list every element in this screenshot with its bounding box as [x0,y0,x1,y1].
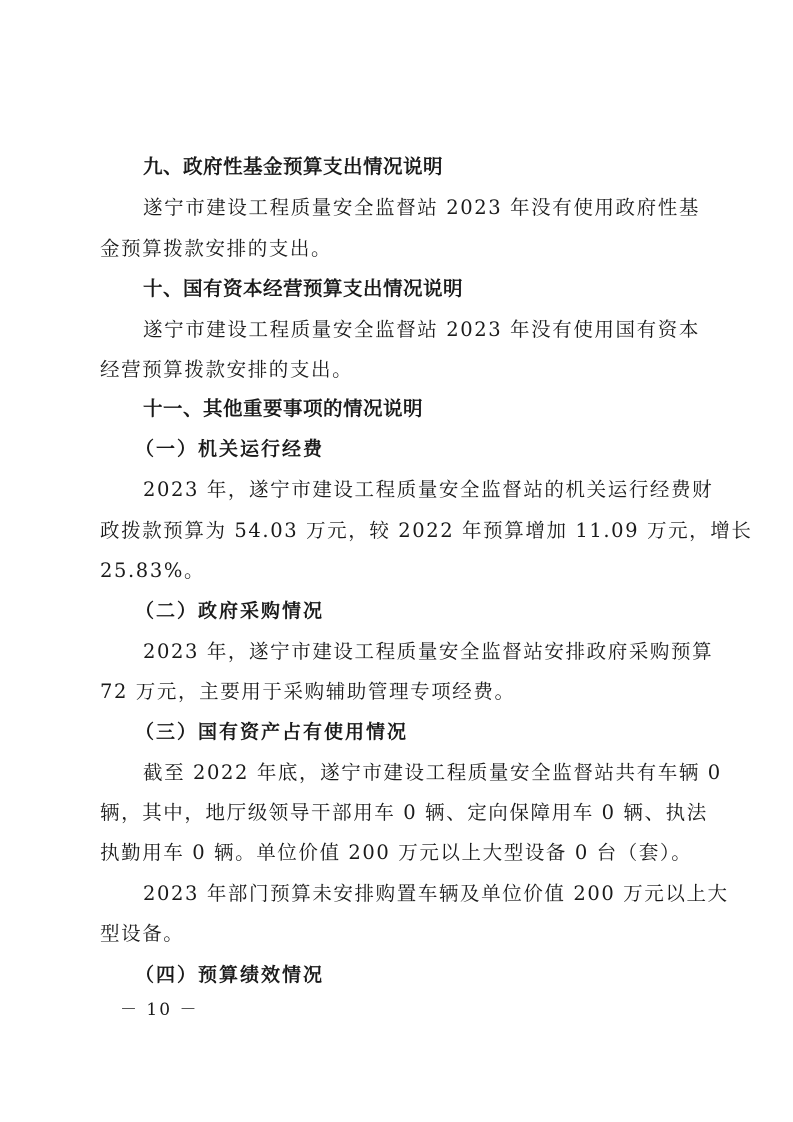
paragraph-line: 2023 年，遂宁市建设工程质量安全监督站安排政府采购预算 [143,639,713,665]
subsection-heading-4: （四）预算绩效情况 [135,962,324,988]
paragraph-line: 经营预算拨款安排的支出。 [100,357,353,383]
paragraph-line: 政拨款预算为 54.03 万元，较 2022 年预算增加 11.09 万元，增长 [100,518,752,544]
page-number: － 10 － [120,995,198,1020]
paragraph-line: 执勤用车 0 辆。单位价值 200 万元以上大型设备 0 台（套）。 [100,840,692,866]
subsection-heading-3: （三）国有资产占有使用情况 [135,719,408,745]
paragraph-line: 辆，其中，地厅级领导干部用车 0 辆、定向保障用车 0 辆、执法 [100,800,708,826]
section-heading-9: 九、政府性基金预算支出情况说明 [143,154,443,180]
paragraph-line: 2023 年部门预算未安排购置车辆及单位价值 200 万元以上大 [143,881,729,907]
subsection-heading-1: （一）机关运行经费 [135,436,324,462]
paragraph-line: 遂宁市建设工程质量安全监督站 2023 年没有使用政府性基 [143,195,700,221]
paragraph-line: 2023 年，遂宁市建设工程质量安全监督站的机关运行经费财 [143,477,713,503]
subsection-heading-2: （二）政府采购情况 [135,598,324,624]
paragraph-line: 72 万元，主要用于采购辅助管理专项经费。 [100,679,516,705]
paragraph-line: 截至 2022 年底，遂宁市建设工程质量安全监督站共有车辆 0 [143,760,722,786]
section-heading-10: 十、国有资本经营预算支出情况说明 [143,276,463,302]
paragraph-line: 25.83%。 [100,558,205,584]
paragraph-line: 型设备。 [100,921,184,947]
section-heading-11: 十一、其他重要事项的情况说明 [143,396,423,422]
paragraph-line: 金预算拨款安排的支出。 [100,236,332,262]
paragraph-line: 遂宁市建设工程质量安全监督站 2023 年没有使用国有资本 [143,317,700,343]
